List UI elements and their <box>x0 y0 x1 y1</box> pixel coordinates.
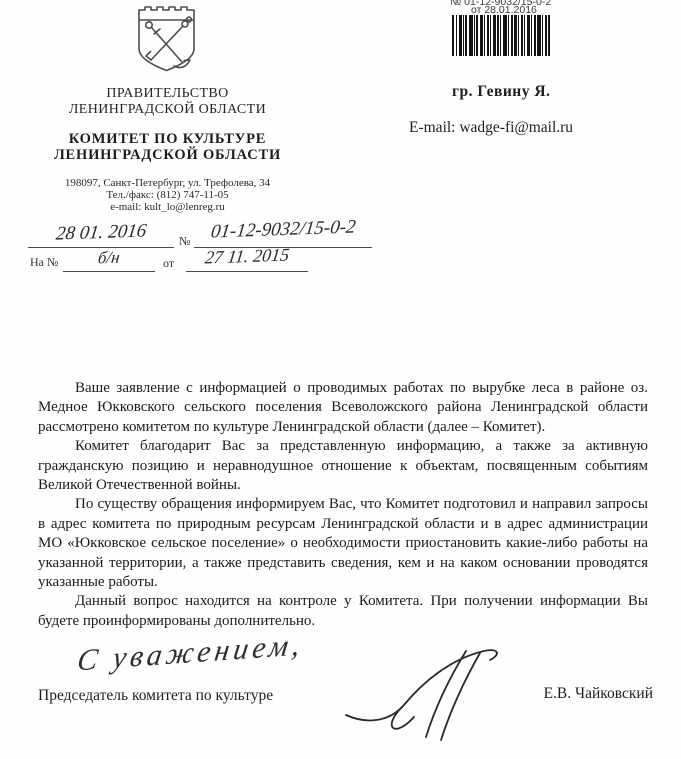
incoming-date-field: 27 11. 2015 <box>186 246 308 272</box>
outgoing-number-field: 01-12-9032/15-0-2 <box>194 219 372 248</box>
letterhead-address: 198097, Санкт-Петербург, ул. Трефолева, … <box>0 177 335 189</box>
paragraph-2: Комитет благодарит Вас за представленную… <box>38 437 648 495</box>
outgoing-date-field: 28 01. 2016 <box>28 222 174 248</box>
barcode-icon <box>452 15 550 57</box>
government-line1: ПРАВИТЕЛЬСТВО <box>0 86 335 102</box>
paragraph-4: Данный вопрос находится на контроле у Ко… <box>38 592 648 631</box>
committee-line1: КОМИТЕТ ПО КУЛЬТУРЕ <box>0 131 335 147</box>
committee-line2: ЛЕНИНГРАДСКОЙ ОБЛАСТИ <box>0 147 335 163</box>
signer-name: Е.В. Чайковский <box>544 685 653 703</box>
government-line2: ЛЕНИНГРАДСКОЙ ОБЛАСТИ <box>0 102 335 118</box>
signer-position: Председатель комитета по культуре <box>38 687 273 705</box>
outgoing-date-handwritten: 28 01. 2016 <box>55 220 148 245</box>
paragraph-1: Ваше заявление с информацией о проводимы… <box>38 379 648 437</box>
incoming-number-field: б/н <box>63 248 155 272</box>
from-label: от <box>163 256 174 271</box>
outgoing-number-handwritten: 01-12-9032/15-0-2 <box>209 216 356 243</box>
signature-icon <box>338 643 508 743</box>
scanned-letter: № 01-12-9032/15-0-2 от 28.01.2016 гр. Ге… <box>0 0 681 759</box>
incoming-number-handwritten: б/н <box>97 248 121 269</box>
recipient-name: гр. Гевину Я. <box>452 83 550 101</box>
incoming-number-label: На № <box>30 255 58 270</box>
letter-body: Ваше заявление с информацией о проводимы… <box>38 379 648 631</box>
paragraph-3: По существу обращения информируем Вас, ч… <box>38 495 648 592</box>
government-title: ПРАВИТЕЛЬСТВО ЛЕНИНГРАДСКОЙ ОБЛАСТИ <box>0 86 335 118</box>
coat-of-arms-icon <box>133 4 200 76</box>
letterhead-contacts: 198097, Санкт-Петербург, ул. Трефолева, … <box>0 177 335 213</box>
letterhead-phone: Тел./факс: (812) 747-11-05 <box>0 189 335 201</box>
letterhead-email: e-mail: kult_lo@lenreg.ru <box>0 201 335 213</box>
incoming-date-handwritten: 27 11. 2015 <box>204 244 291 268</box>
closing-handwritten: С уважением, <box>75 628 306 678</box>
committee-title: КОМИТЕТ ПО КУЛЬТУРЕ ЛЕНИНГРАДСКОЙ ОБЛАСТ… <box>0 131 335 163</box>
recipient-email: E-mail: wadge-fi@mail.ru <box>409 119 573 137</box>
